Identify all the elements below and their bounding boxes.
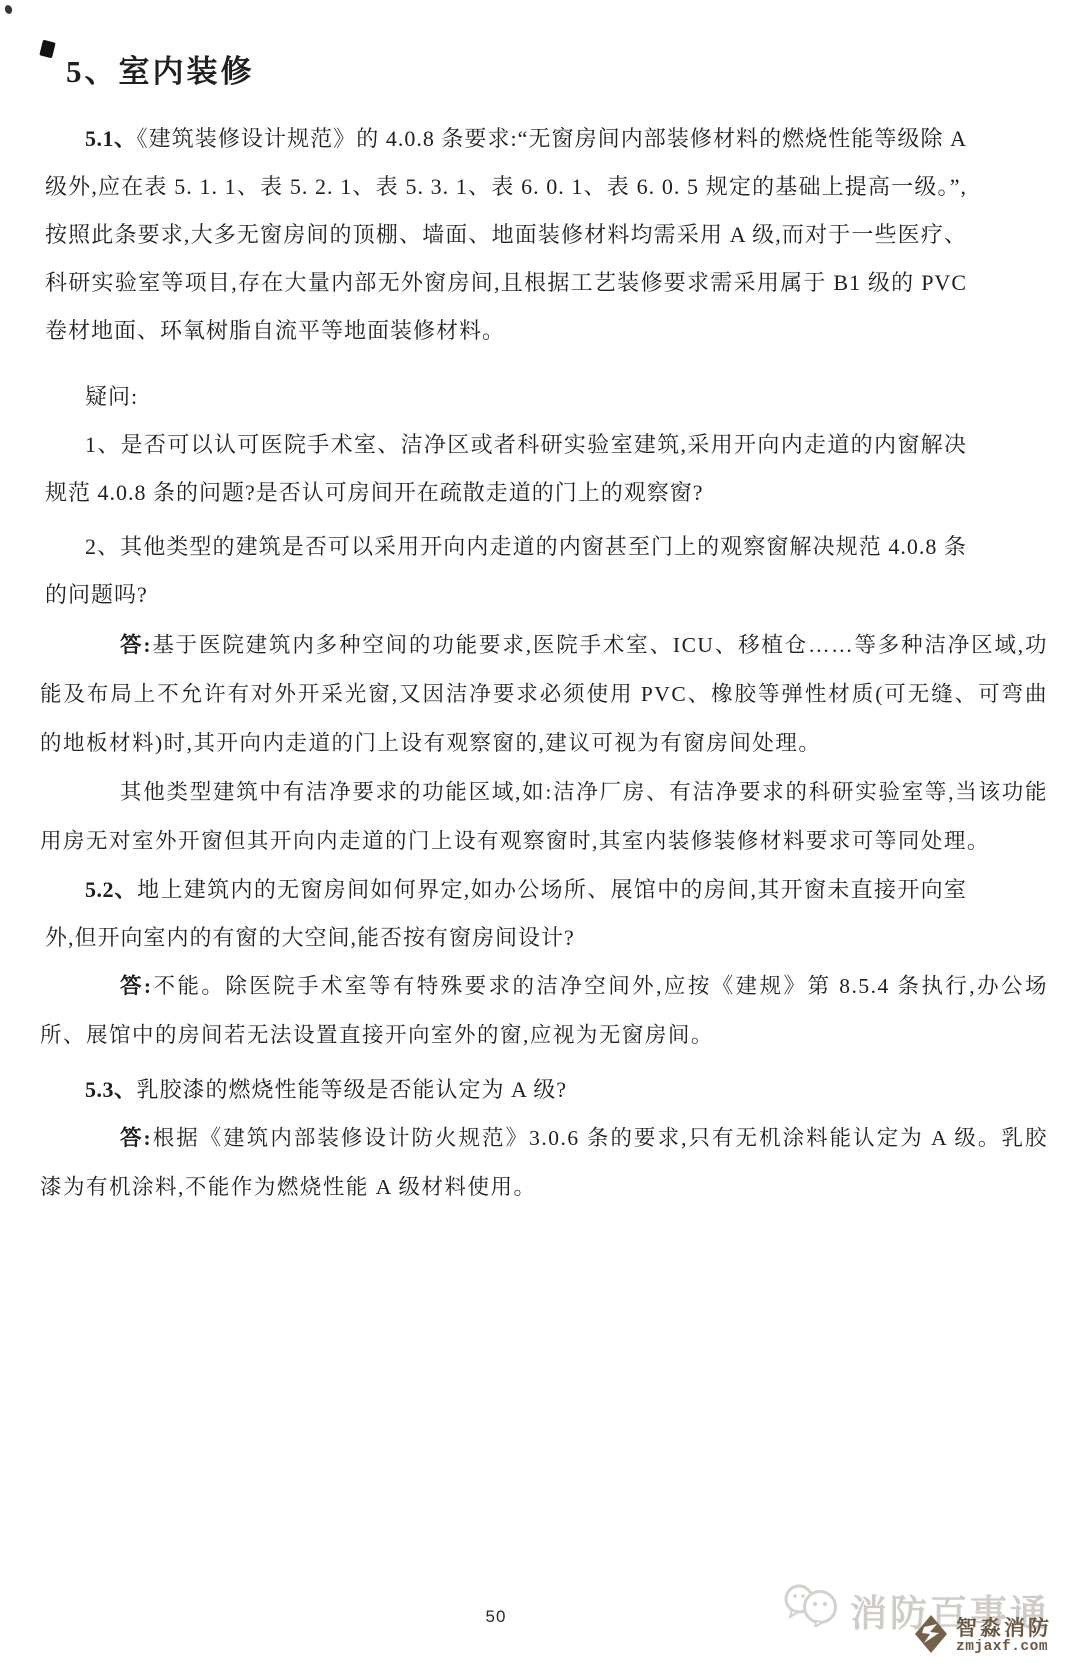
- question-2-text: 其他类型的建筑是否可以采用开向内走道的内窗甚至门上的观察窗解决规范 4.0.8 …: [45, 534, 967, 607]
- paragraph-5-3: 5.3、乳胶漆的燃烧性能等级是否能认定为 A 级?: [45, 1066, 967, 1114]
- question-2: 2、其他类型的建筑是否可以采用开向内走道的内窗甚至门上的观察窗解决规范 4.0.…: [45, 523, 967, 619]
- question-2-number: 2、: [85, 534, 120, 559]
- question-1: 1、是否可以认可医院手术室、洁净区或者科研实验室建筑,采用开向内走道的内窗解决规…: [45, 421, 967, 517]
- answer-2: 答:不能。除医院手术室等有特殊要求的洁净空间外,应按《建规》第 8.5.4 条执…: [40, 962, 1048, 1060]
- answer-1-text-1: 基于医院建筑内多种空间的功能要求,医院手术室、ICU、移植仓……等多种洁净区域,…: [40, 633, 1048, 755]
- scanned-document-page: 5、室内装修 5.1、《建筑装修设计规范》的 4.0.8 条要求:“无窗房间内部…: [0, 0, 1080, 1663]
- diamond-logo-icon: [913, 1613, 949, 1660]
- paragraph-5-1-number: 5.1、: [85, 126, 137, 151]
- paragraph-5-3-text: 乳胶漆的燃烧性能等级是否能认定为 A 级?: [137, 1077, 567, 1102]
- chat-bubbles-icon: [782, 1583, 840, 1637]
- answer-3-text: 根据《建筑内部装修设计防火规范》3.0.6 条的要求,只有无机涂料能认定为 A …: [40, 1126, 1048, 1199]
- question-1-text: 是否可以认可医院手术室、洁净区或者科研实验室建筑,采用开向内走道的内窗解决规范 …: [45, 432, 967, 505]
- site-logo-name: 智淼消防: [956, 1618, 1052, 1640]
- answer-label: 答:: [120, 633, 152, 657]
- answer-3: 答:根据《建筑内部装修设计防火规范》3.0.6 条的要求,只有无机涂料能认定为 …: [40, 1114, 1048, 1212]
- paragraph-5-2-number: 5.2、: [85, 877, 137, 902]
- paragraph-5-1: 5.1、《建筑装修设计规范》的 4.0.8 条要求:“无窗房间内部装修材料的燃烧…: [45, 115, 967, 355]
- doubt-label: 疑问:: [45, 373, 967, 421]
- paragraph-5-1-text: 《建筑装修设计规范》的 4.0.8 条要求:“无窗房间内部装修材料的燃烧性能等级…: [45, 126, 967, 343]
- paragraph-5-3-number: 5.3、: [85, 1077, 137, 1102]
- answer-label: 答:: [120, 1126, 152, 1150]
- answer-1-paragraph-2: 其他类型建筑中有洁净要求的功能区域,如:洁净厂房、有洁净要求的科研实验室等,当该…: [40, 768, 1048, 866]
- site-logo-url: zmjaxf.com: [956, 1640, 1052, 1655]
- answer-1-paragraph-1: 答:基于医院建筑内多种空间的功能要求,医院手术室、ICU、移植仓……等多种洁净区…: [40, 621, 1048, 768]
- site-logo: 智淼消防 zmjaxf.com: [913, 1613, 1052, 1660]
- paragraph-5-2-text: 地上建筑内的无窗房间如何界定,如办公场所、展馆中的房间,其开窗未直接开向室外,但…: [45, 877, 967, 950]
- answer-2-text: 不能。除医院手术室等有特殊要求的洁净空间外,应按《建规》第 8.5.4 条执行,…: [40, 974, 1048, 1047]
- answer-1-text-2: 其他类型建筑中有洁净要求的功能区域,如:洁净厂房、有洁净要求的科研实验室等,当该…: [40, 780, 1048, 853]
- paragraph-5-2: 5.2、地上建筑内的无窗房间如何界定,如办公场所、展馆中的房间,其开窗未直接开向…: [45, 866, 967, 962]
- question-1-number: 1、: [85, 432, 121, 457]
- answer-label: 答:: [120, 974, 153, 998]
- section-title: 5、室内装修: [0, 0, 1080, 91]
